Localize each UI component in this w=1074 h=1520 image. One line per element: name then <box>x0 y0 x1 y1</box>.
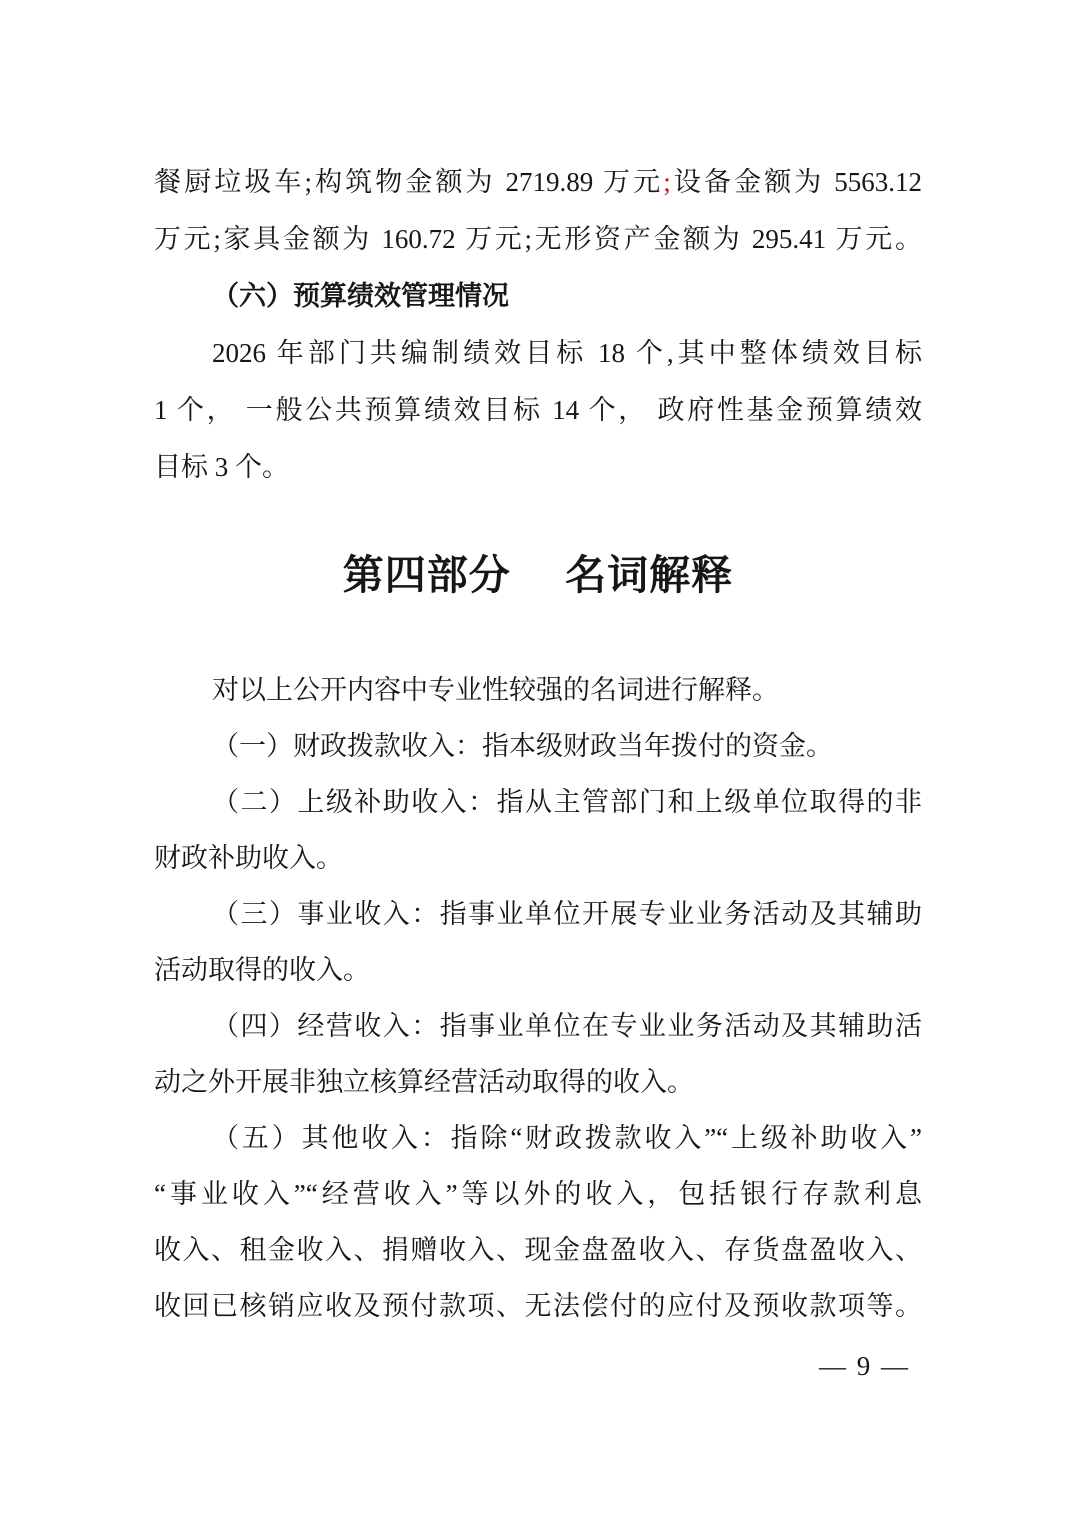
text-run: 目标 3 个。 <box>154 452 289 482</box>
text-run: （四）经营收入：指事业单位在专业业务活动及其辅助活 <box>212 1011 922 1041</box>
text-run: “事业收入”“经营收入”等以外的收入，包括银行存款利息 <box>154 1179 922 1209</box>
performance-paragraph-line-1: 2026 年部门共编制绩效目标 18 个,其中整体绩效目标 <box>154 325 922 382</box>
term-institutional-income-line-2: 活动取得的收入。 <box>154 942 922 998</box>
term-other-income-line-3: 收入、租金收入、捐赠收入、现金盘盈收入、存货盘盈收入、 <box>154 1222 922 1278</box>
text-run: 1 个， 一般公共预算绩效目标 14 个， 政府性基金预算绩效 <box>154 395 922 425</box>
performance-paragraph-line-3: 目标 3 个。 <box>154 439 922 496</box>
text-run: 对以上公开内容中专业性较强的名词进行解释。 <box>212 675 779 705</box>
text-run: 动之外开展非独立核算经营活动取得的收入。 <box>154 1067 694 1097</box>
text-run: 收回已核销应收及预付款项、无法偿付的应付及预收款项等。 <box>154 1291 922 1321</box>
text-run: （六）预算绩效管理情况 <box>212 281 509 311</box>
term-operating-income-line-2: 动之外开展非独立核算经营活动取得的收入。 <box>154 1054 922 1110</box>
prev-paragraph-line-1: 餐厨垃圾车;构筑物金额为 2719.89 万元;设备金额为 5563.12 <box>154 154 922 211</box>
text-run: （五）其他收入：指除“财政拨款收入”“上级补助收入” <box>212 1123 922 1153</box>
text-run: （三）事业收入：指事业单位开展专业业务活动及其辅助 <box>212 899 922 929</box>
document-page: 餐厨垃圾车;构筑物金额为 2719.89 万元;设备金额为 5563.12万元;… <box>0 0 1074 1520</box>
heading-budget-performance: （六）预算绩效管理情况 <box>154 268 922 325</box>
text-run: （二）上级补助收入：指从主管部门和上级单位取得的非 <box>212 787 922 817</box>
term-superior-subsidy-income-line-1: （二）上级补助收入：指从主管部门和上级单位取得的非 <box>154 774 922 830</box>
section-title: 第四部分 名词解释 <box>154 548 922 602</box>
glossary-text-block: 对以上公开内容中专业性较强的名词进行解释。（一）财政拨款收入：指本级财政当年拨付… <box>154 662 922 1334</box>
text-run: 万元;家具金额为 160.72 万元;无形资产金额为 295.41 万元。 <box>154 224 922 254</box>
text-run: 活动取得的收入。 <box>154 955 370 985</box>
performance-paragraph-line-2: 1 个， 一般公共预算绩效目标 14 个， 政府性基金预算绩效 <box>154 382 922 439</box>
term-other-income-line-2: “事业收入”“经营收入”等以外的收入，包括银行存款利息 <box>154 1166 922 1222</box>
glossary-intro-line: 对以上公开内容中专业性较强的名词进行解释。 <box>154 662 922 718</box>
red-semicolon: ; <box>663 167 671 197</box>
text-run: 财政补助收入。 <box>154 843 343 873</box>
text-run: 设备金额为 5563.12 <box>671 167 922 197</box>
term-fiscal-appropriation-income: （一）财政拨款收入：指本级财政当年拨付的资金。 <box>154 718 922 774</box>
top-text-block: 餐厨垃圾车;构筑物金额为 2719.89 万元;设备金额为 5563.12万元;… <box>154 154 922 496</box>
text-run: 2026 年部门共编制绩效目标 18 个,其中整体绩效目标 <box>212 338 922 368</box>
term-operating-income-line-1: （四）经营收入：指事业单位在专业业务活动及其辅助活 <box>154 998 922 1054</box>
term-superior-subsidy-income-line-2: 财政补助收入。 <box>154 830 922 886</box>
term-institutional-income-line-1: （三）事业收入：指事业单位开展专业业务活动及其辅助 <box>154 886 922 942</box>
text-run: 收入、租金收入、捐赠收入、现金盘盈收入、存货盘盈收入、 <box>154 1235 922 1265</box>
page-number: — 9 — <box>819 1349 910 1383</box>
text-run: （一）财政拨款收入：指本级财政当年拨付的资金。 <box>212 731 833 761</box>
term-other-income-line-1: （五）其他收入：指除“财政拨款收入”“上级补助收入” <box>154 1110 922 1166</box>
text-run: 餐厨垃圾车;构筑物金额为 2719.89 万元 <box>154 167 663 197</box>
prev-paragraph-line-2: 万元;家具金额为 160.72 万元;无形资产金额为 295.41 万元。 <box>154 211 922 268</box>
term-other-income-line-4: 收回已核销应收及预付款项、无法偿付的应付及预收款项等。 <box>154 1278 922 1334</box>
